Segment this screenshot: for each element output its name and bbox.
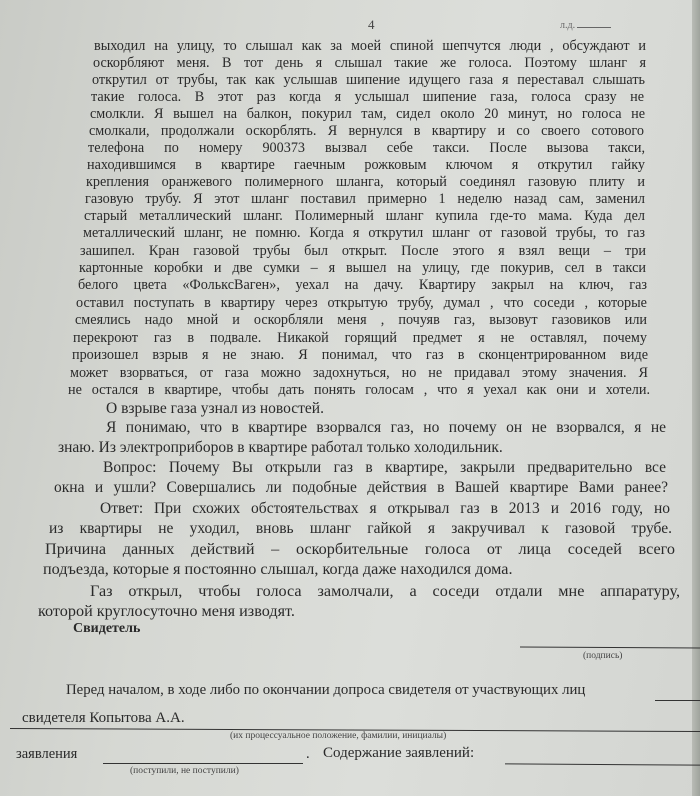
- statements-caption: (поступили, не поступили): [130, 766, 239, 776]
- signature-caption: (подпись): [583, 651, 622, 661]
- intro-blank-line: [655, 700, 700, 701]
- case-file-ref: л.д.: [560, 20, 611, 31]
- body-line: зашипел. Кран газовой трубы был открыт. …: [80, 243, 646, 259]
- body-line: старый металлический шланг. Полимерный ш…: [84, 208, 645, 224]
- statements-content-label: Содержание заявлений:: [323, 745, 474, 761]
- body-line: оставил поступать в квартиру через откры…: [76, 295, 647, 311]
- answer-line: Ответ: При схожих обстоятельствах я откр…: [100, 501, 670, 517]
- statements-content-blank-line: [505, 763, 700, 765]
- body-line: смеялись надо мной и оскорбляли меня , п…: [75, 312, 647, 328]
- body-line: может взорваться, от газа можно задохнут…: [70, 365, 648, 381]
- body-line: крепления оранжевого полимерного шланга,…: [86, 174, 645, 190]
- body-line: смолкли. Я вышел на балкон, покурил там,…: [90, 106, 645, 122]
- body-line: оскорбляют меня. В тот день я слышал так…: [93, 55, 646, 71]
- signature-line: [520, 647, 700, 649]
- question-line: окна и ушли? Совершались ли подобные дей…: [54, 480, 668, 496]
- body-line: открутил от трубы, так как услышав шипен…: [92, 72, 645, 88]
- body-line: картонные коробки и две сумки – я вышел …: [79, 260, 646, 276]
- statements-label: заявления: [16, 746, 77, 762]
- body-line: смолкали, продолжали оскорблять. Я верну…: [89, 123, 644, 139]
- final-statement-line: которой круглосуточно меня изводят.: [38, 603, 295, 619]
- question-line: Вопрос: Почему Вы открыли газ в квартире…: [103, 460, 666, 476]
- case-file-ref-label: л.д.: [560, 20, 575, 31]
- body-line: находившимся в квартире гаечным рожковым…: [87, 157, 645, 173]
- body-line: выходил на улицу, то слышал как за моей …: [94, 38, 646, 54]
- answer-line: Причина данных действий – оскорбительные…: [45, 541, 675, 557]
- body-line: белого цвета «ФольксВаген», уехал на дач…: [78, 277, 647, 293]
- paragraph-news: О взрыве газа узнал из новостей.: [106, 401, 324, 417]
- participants-caption: (их процессуальное положение, фамилии, и…: [230, 731, 446, 741]
- body-line: не остался в квартире, чтобы дать понять…: [68, 382, 650, 398]
- answer-line: из квартиры не уходил, вновь шланг гайко…: [49, 521, 672, 537]
- body-line: произошел взрыв я не знаю. Я понимал, чт…: [72, 347, 648, 363]
- body-line: перекроют газ в подвале. Никакой горящий…: [73, 330, 647, 346]
- page-number: 4: [368, 17, 375, 33]
- participants-value: свидетеля Копытова А.А.: [22, 710, 185, 726]
- body-line: такие голоса. В этот раз когда я услышал…: [91, 89, 644, 105]
- statements-blank-line: [103, 763, 303, 764]
- body-line: газовую трубу. Я этот шланг поставил при…: [85, 191, 645, 207]
- answer-line: подъезда, которые я постоянно слышал, ко…: [43, 561, 513, 577]
- case-file-ref-blank: [577, 27, 611, 28]
- document-page: 4 л.д. выходил на улицу, то слышал как з…: [0, 0, 700, 796]
- paragraph-understand-cont: знаю. Из электроприборов в квартире рабо…: [58, 440, 503, 456]
- body-line: телефона по номеру 900373 вызвал себе та…: [88, 140, 645, 156]
- witness-label: Свидетель: [73, 621, 140, 637]
- statements-intro: Перед началом, в ходе либо по окончании …: [66, 682, 585, 698]
- body-line: металлический шланг, не помню. Когда я о…: [83, 225, 645, 241]
- final-statement-line: Газ открыл, чтобы голоса замолчали, а со…: [90, 583, 680, 599]
- statements-period: .: [306, 746, 310, 762]
- paragraph-understand: Я понимаю, что в квартире взорвался газ,…: [106, 420, 666, 436]
- page-edge: [692, 0, 700, 796]
